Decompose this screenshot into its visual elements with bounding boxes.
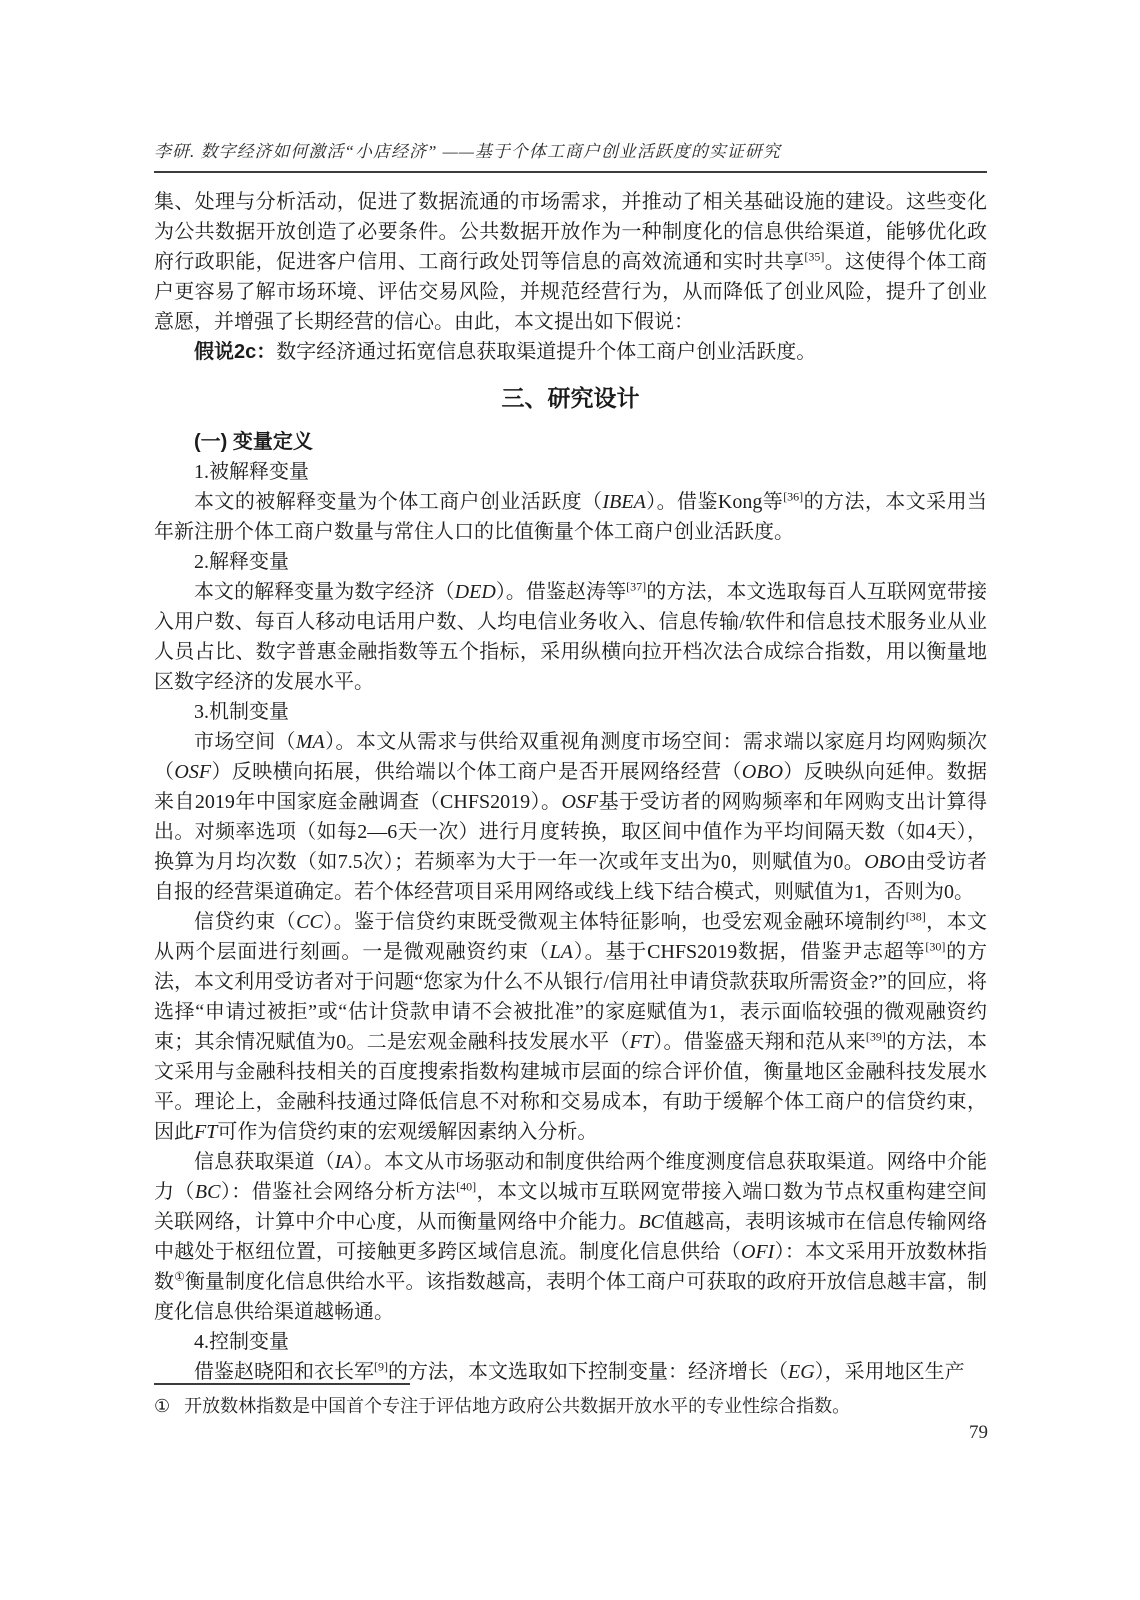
text-run: CC (296, 911, 323, 933)
text-run: 4.控制变量 (194, 1331, 289, 1353)
footnote-rule (154, 1383, 410, 1385)
text-run: OBO (742, 761, 783, 783)
text-run: 信贷约束（ (194, 911, 296, 933)
text-run: FT (194, 1121, 217, 1143)
text-run: OBO (864, 851, 905, 873)
text-run: BC (638, 1211, 664, 1233)
text-run: 衡量制度化信息供给水平。该指数越高，表明个体工商户可获取的政府开放信息越丰富，制… (154, 1271, 987, 1323)
superscript-reference: [39] (866, 1029, 886, 1043)
superscript-reference: [9] (374, 1359, 388, 1373)
text-run: IA (335, 1151, 354, 1173)
text-run: (一) 变量定义 (194, 431, 313, 453)
para-explanatory-variable: 本文的解释变量为数字经济（DED）。借鉴赵涛等[37]的方法，本文选取每百人互联… (154, 577, 987, 697)
text-run: 1.被解释变量 (194, 461, 309, 483)
text-run: 三、研究设计 (502, 385, 640, 411)
text-run: 借鉴赵晓阳和衣长军 (194, 1361, 374, 1383)
subsection-title-variable-definition: (一) 变量定义 (154, 427, 987, 457)
text-run: 3.机制变量 (194, 701, 289, 723)
text-run: OFI (741, 1241, 774, 1263)
superscript-reference: [30] (925, 939, 945, 953)
text-run: OSF (561, 791, 598, 813)
text-run: ）反映横向拓展，供给端以个体工商户是否开展网络经营（ (211, 761, 742, 783)
para-credit-constraint: 信贷约束（CC）。鉴于信贷约束既受微观主体特征影响，也受宏观金融环境制约[38]… (154, 907, 987, 1147)
text-run: OSF (174, 761, 211, 783)
text-run: FT (630, 1031, 653, 1053)
footnote-text: 开放数林指数是中国首个专注于评估地方政府公共数据开放水平的专业性综合指数。 (184, 1396, 850, 1416)
footnote-marker: ① (154, 1396, 170, 1416)
superscript-reference: [36] (783, 489, 803, 503)
text-run: ）。借鉴Kong等 (646, 491, 783, 513)
page-content: 李研. 数字经济如何激活“小店经济” ——基于个体工商户创业活跃度的实证研究 集… (154, 142, 987, 1387)
item-2-explanatory-variable: 2.解释变量 (154, 547, 987, 577)
text-run: EG (788, 1361, 815, 1383)
superscript-reference: ① (174, 1269, 185, 1283)
footnote-area: ①开放数林指数是中国首个专注于评估地方政府公共数据开放水平的专业性综合指数。 (154, 1383, 987, 1419)
footnote: ①开放数林指数是中国首个专注于评估地方政府公共数据开放水平的专业性综合指数。 (154, 1393, 987, 1419)
text-run: 可作为信贷约束的宏观缓解因素纳入分析。 (217, 1121, 597, 1143)
text-run: 信息获取渠道（ (194, 1151, 335, 1173)
text-run: BC (195, 1181, 221, 1203)
text-run: ）。借鉴盛天翔和范从来 (653, 1031, 866, 1053)
superscript-reference: [40] (456, 1179, 476, 1193)
hypothesis-2c: 假说2c：数字经济通过拓宽信息获取渠道提升个体工商户创业活跃度。 (154, 337, 987, 367)
text-run: 数字经济通过拓宽信息获取渠道提升个体工商户创业活跃度。 (276, 341, 816, 363)
text-run: ）：借鉴社会网络分析方法 (220, 1181, 456, 1203)
para-public-data: 集、处理与分析活动，促进了数据流通的市场需求，并推动了相关基础设施的建设。这些变… (154, 187, 987, 337)
page-number: 79 (969, 1422, 988, 1444)
para-information-access: 信息获取渠道（IA）。本文从市场驱动和制度供给两个维度测度信息获取渠道。网络中介… (154, 1147, 987, 1327)
text-run: ），采用地区生产 (815, 1361, 965, 1383)
text-run: MA (296, 731, 325, 753)
para-dependent-variable: 本文的被解释变量为个体工商户创业活跃度（IBEA）。借鉴Kong等[36]的方法… (154, 487, 987, 547)
paper-page: 李研. 数字经济如何激活“小店经济” ——基于个体工商户创业活跃度的实证研究 集… (0, 0, 1140, 1600)
text-run: 本文的解释变量为数字经济（ (194, 581, 455, 603)
text-run: 2.解释变量 (194, 551, 289, 573)
item-3-mechanism-variable: 3.机制变量 (154, 697, 987, 727)
superscript-reference: [35] (804, 249, 824, 263)
section-title-research-design: 三、研究设计 (154, 383, 987, 413)
running-header: 李研. 数字经济如何激活“小店经济” ——基于个体工商户创业活跃度的实证研究 (154, 142, 987, 173)
text-run: 假说2c： (194, 341, 276, 363)
text-run: ）。基于CHFS2019数据，借鉴尹志超等 (573, 941, 925, 963)
superscript-reference: [37] (626, 579, 646, 593)
text-run: 本文的被解释变量为个体工商户创业活跃度（ (194, 491, 602, 513)
item-1-dependent-variable: 1.被解释变量 (154, 457, 987, 487)
superscript-reference: [38] (906, 909, 926, 923)
text-run: ）。鉴于信贷约束既受微观主体特征影响，也受宏观金融环境制约 (323, 911, 906, 933)
para-market-space: 市场空间（MA）。本文从需求与供给双重视角测度市场空间：需求端以家庭月均网购频次… (154, 727, 987, 907)
item-4-control-variable: 4.控制变量 (154, 1327, 987, 1357)
text-run: 市场空间（ (194, 731, 296, 753)
text-run: IBEA (602, 491, 645, 513)
text-run: DED (455, 581, 496, 603)
text-run: LA (550, 941, 573, 963)
text-run: 的方法，本文选取如下控制变量：经济增长（ (388, 1361, 788, 1383)
text-run: ）。借鉴赵涛等 (496, 581, 626, 603)
article-body: 集、处理与分析活动，促进了数据流通的市场需求，并推动了相关基础设施的建设。这些变… (154, 187, 987, 1387)
